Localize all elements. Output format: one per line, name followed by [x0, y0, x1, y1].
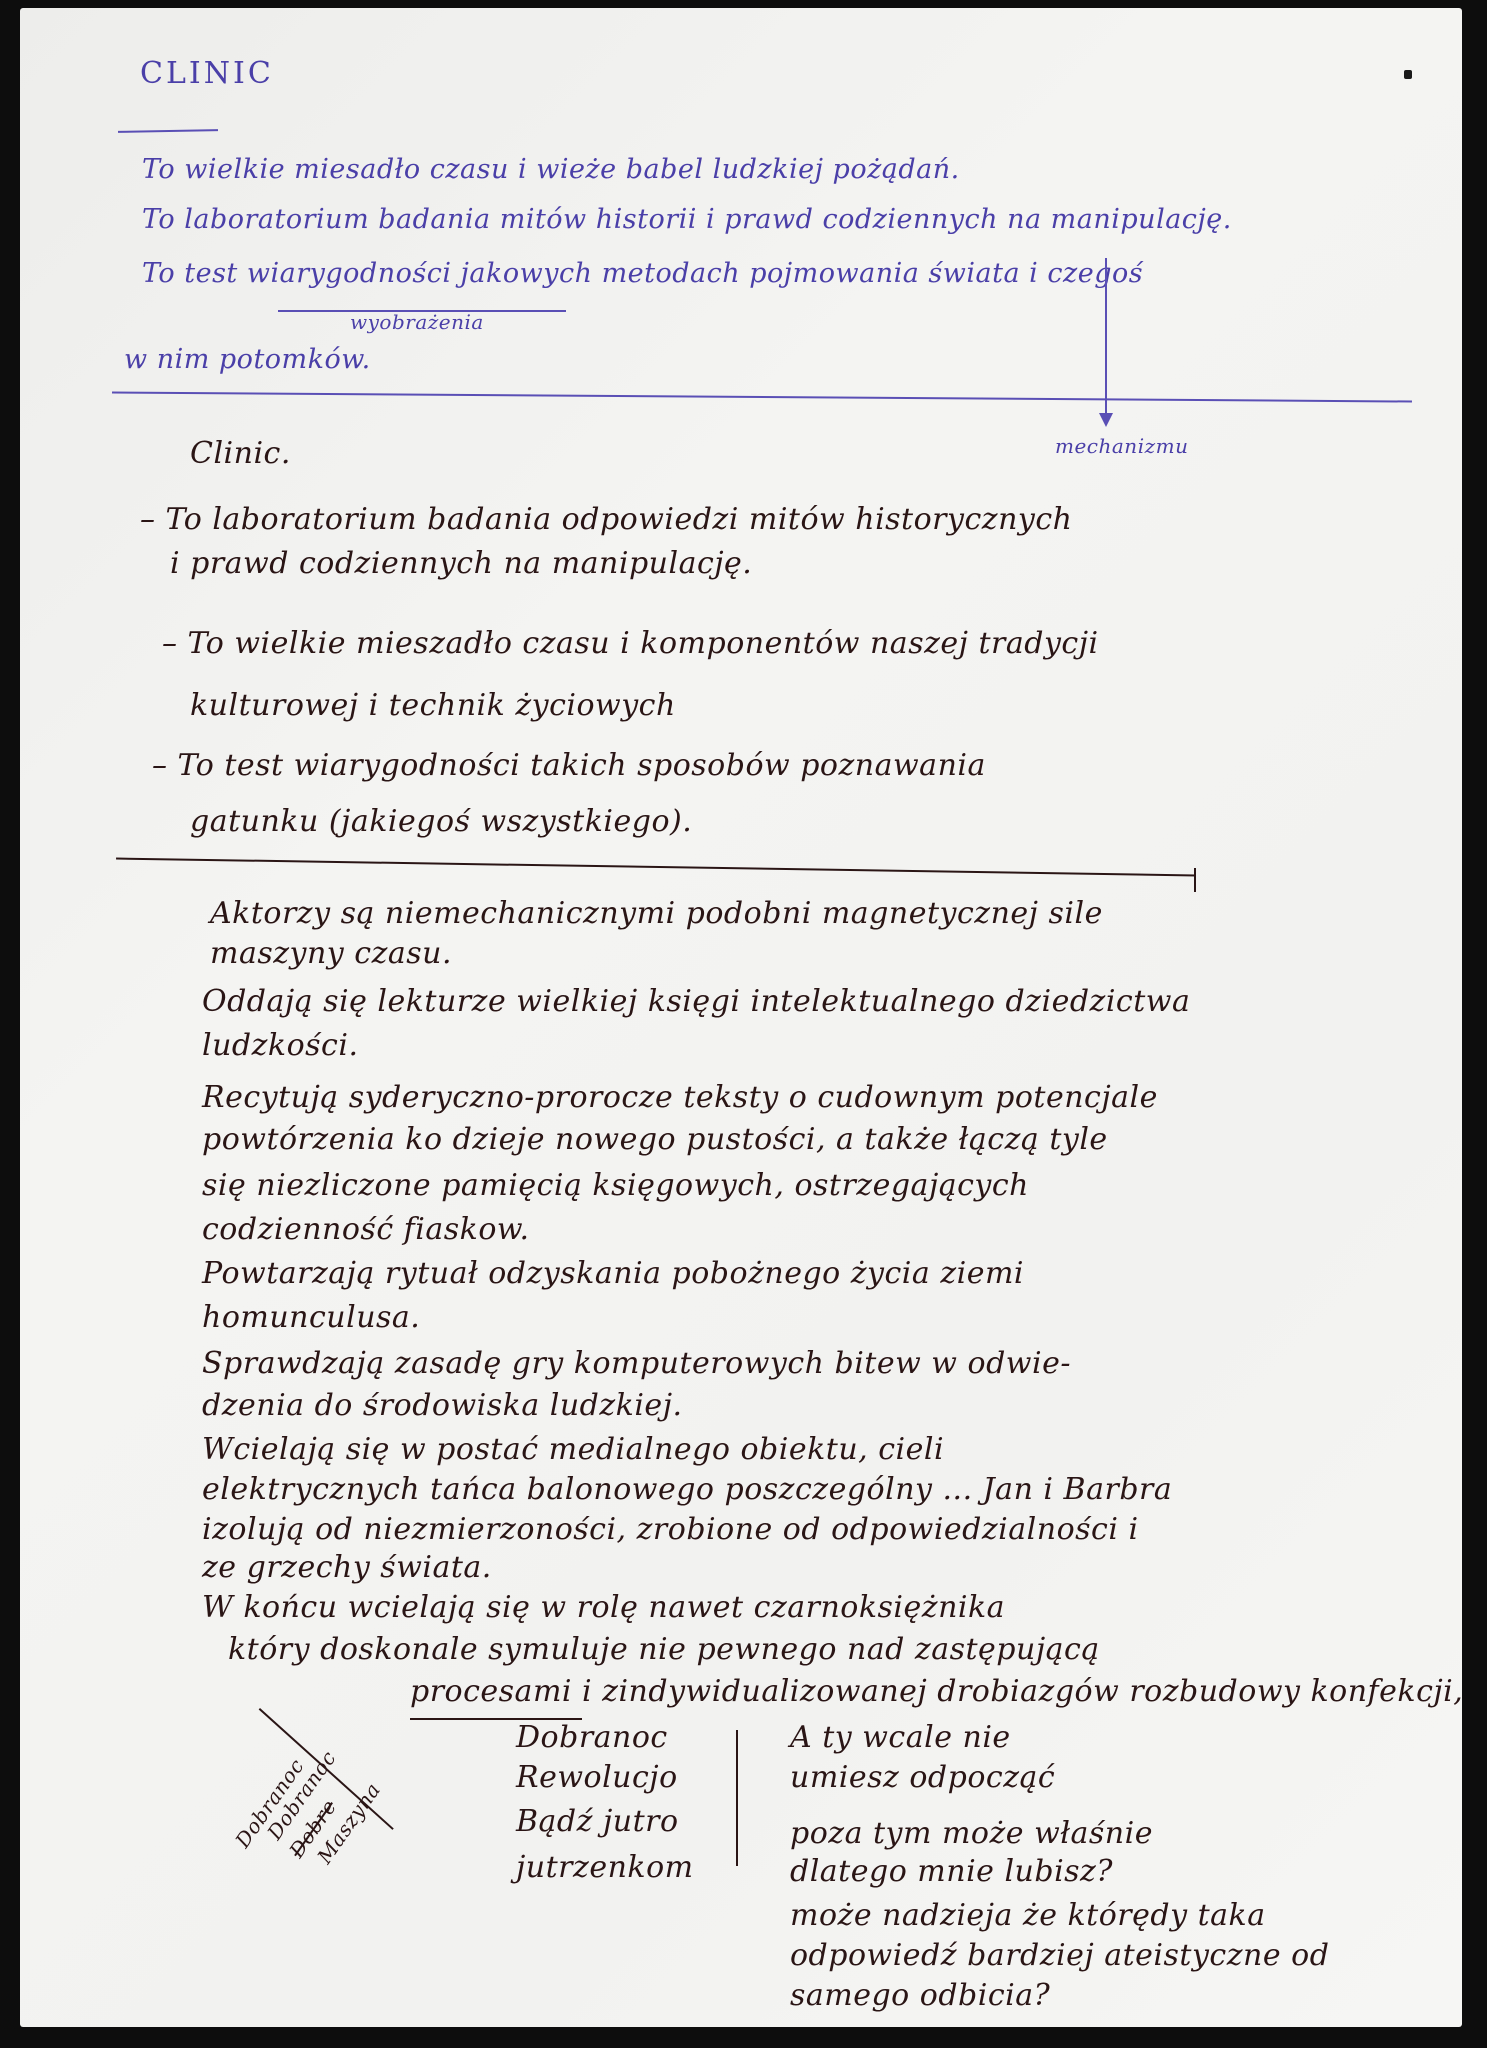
section1-line-3: To test wiarygodności jakowych metodach …: [142, 258, 1143, 289]
bullet-2-line-1: – To wielkie mieszadło czasu i komponent…: [162, 626, 1099, 661]
section3-line-11: Sprawdzają zasadę gry komputerowych bite…: [202, 1346, 1071, 1381]
right-column-line-3: poza tym może właśnie: [790, 1816, 1153, 1851]
section3-line-18: który doskonale symuluje nie pewnego nad…: [228, 1632, 1100, 1667]
right-column-line-1: A ty wcale nie: [790, 1720, 1011, 1755]
section3-line-13: Wcielają się w postać medialnego obiektu…: [202, 1432, 944, 1467]
bullet-text: To test wiarygodności takich sposobów po…: [178, 748, 986, 783]
punch-hole: [1404, 70, 1412, 79]
title-underline: [118, 129, 218, 133]
section3-line-17: W końcu wcielają się w rolę nawet czarno…: [202, 1590, 1005, 1625]
bullet-1-line-2: i prawd codziennych na manipulację.: [170, 546, 752, 581]
left-column-line-1: Dobranoc: [516, 1720, 668, 1755]
section3-line-1: Aktorzy są niemechanicznymi podobni magn…: [210, 896, 1103, 931]
section1-line-4: w nim potomków.: [124, 344, 371, 375]
bullet-dash: –: [152, 748, 168, 783]
section3-line-6: powtórzenia ko dzieje nowego pustości, a…: [202, 1122, 1108, 1157]
section3-line-16: ze grzechy świata.: [202, 1550, 492, 1585]
section3-line-4: ludzkości.: [202, 1028, 359, 1063]
right-column-line-2: umiesz odpocząć: [790, 1760, 1055, 1795]
arrow-down-icon: [1099, 413, 1113, 427]
bullet-dash: –: [162, 626, 178, 661]
divider-tick: [1194, 868, 1196, 892]
manuscript-page: CLINIC To wielkie miesadło czasu i wieże…: [20, 8, 1462, 2027]
section3-line-5: Recytują syderyczno-prorocze teksty o cu…: [202, 1080, 1158, 1115]
bullet-3-line-2: gatunku (jakiegoś wszystkiego).: [190, 804, 692, 839]
section3-line-2: maszyny czasu.: [210, 936, 452, 971]
left-column-line-2: Rewolucjo: [516, 1760, 678, 1795]
section2-heading: Clinic.: [190, 436, 291, 471]
right-column-line-4: dlatego mnie lubisz?: [790, 1854, 1113, 1889]
bullet-text: To laboratorium badania odpowiedzi mitów…: [166, 502, 1073, 537]
bullet-dash: –: [140, 502, 156, 537]
left-column-line-3: Bądź jutro: [516, 1804, 679, 1839]
insertion-word: wyobrażenia: [350, 310, 484, 334]
bullet-1-line-1: – To laboratorium badania odpowiedzi mit…: [140, 502, 1072, 537]
section3-line-10: homunculusa.: [202, 1300, 420, 1335]
column-separator: [736, 1730, 738, 1866]
section3-line-9: Powtarzają rytuał odzyskania pobożnego ż…: [202, 1256, 1024, 1291]
bullet-text: To wielkie mieszadło czasu i komponentów…: [188, 626, 1099, 661]
arrow-shaft: [1105, 258, 1107, 418]
section3-line-7: się niezliczone pamięcią księgowych, ost…: [202, 1168, 1029, 1203]
margin-note: mechanizmu: [1055, 434, 1188, 458]
right-column-line-5: może nadzieja że którędy taka: [790, 1898, 1266, 1933]
right-column-line-7: samego odbicia?: [790, 1978, 1050, 2013]
section3-line-15: izolują od niezmierzoności, zrobione od …: [202, 1512, 1139, 1547]
section1-line-2: To laboratorium badania mitów historii i…: [142, 204, 1232, 235]
section3-line-8: codzienność fiaskow.: [202, 1212, 530, 1247]
section1-line-1: To wielkie miesadło czasu i wieże babel …: [142, 154, 960, 185]
section3-line-14: elektrycznych tańca balonowego poszczegó…: [202, 1472, 1172, 1507]
bullet-3-line-1: – To test wiarygodności takich sposobów …: [152, 748, 986, 783]
right-column-line-6: odpowiedź bardziej ateistyczne od: [790, 1938, 1329, 1973]
left-column-line-4: jutrzenkom: [516, 1850, 694, 1885]
section3-line-12: dzenia do środowiska ludzkiej.: [202, 1388, 683, 1423]
section3-line-3: Oddają się lekturze wielkiej księgi inte…: [202, 984, 1190, 1019]
section-divider-blue: [112, 391, 1412, 402]
section-divider-dark: [116, 858, 1196, 877]
title: CLINIC: [140, 56, 274, 91]
section3-line-19: procesami i zindywidualizowanej drobiazg…: [410, 1674, 1463, 1709]
bullet-2-line-2: kulturowej i technik życiowych: [190, 688, 676, 723]
